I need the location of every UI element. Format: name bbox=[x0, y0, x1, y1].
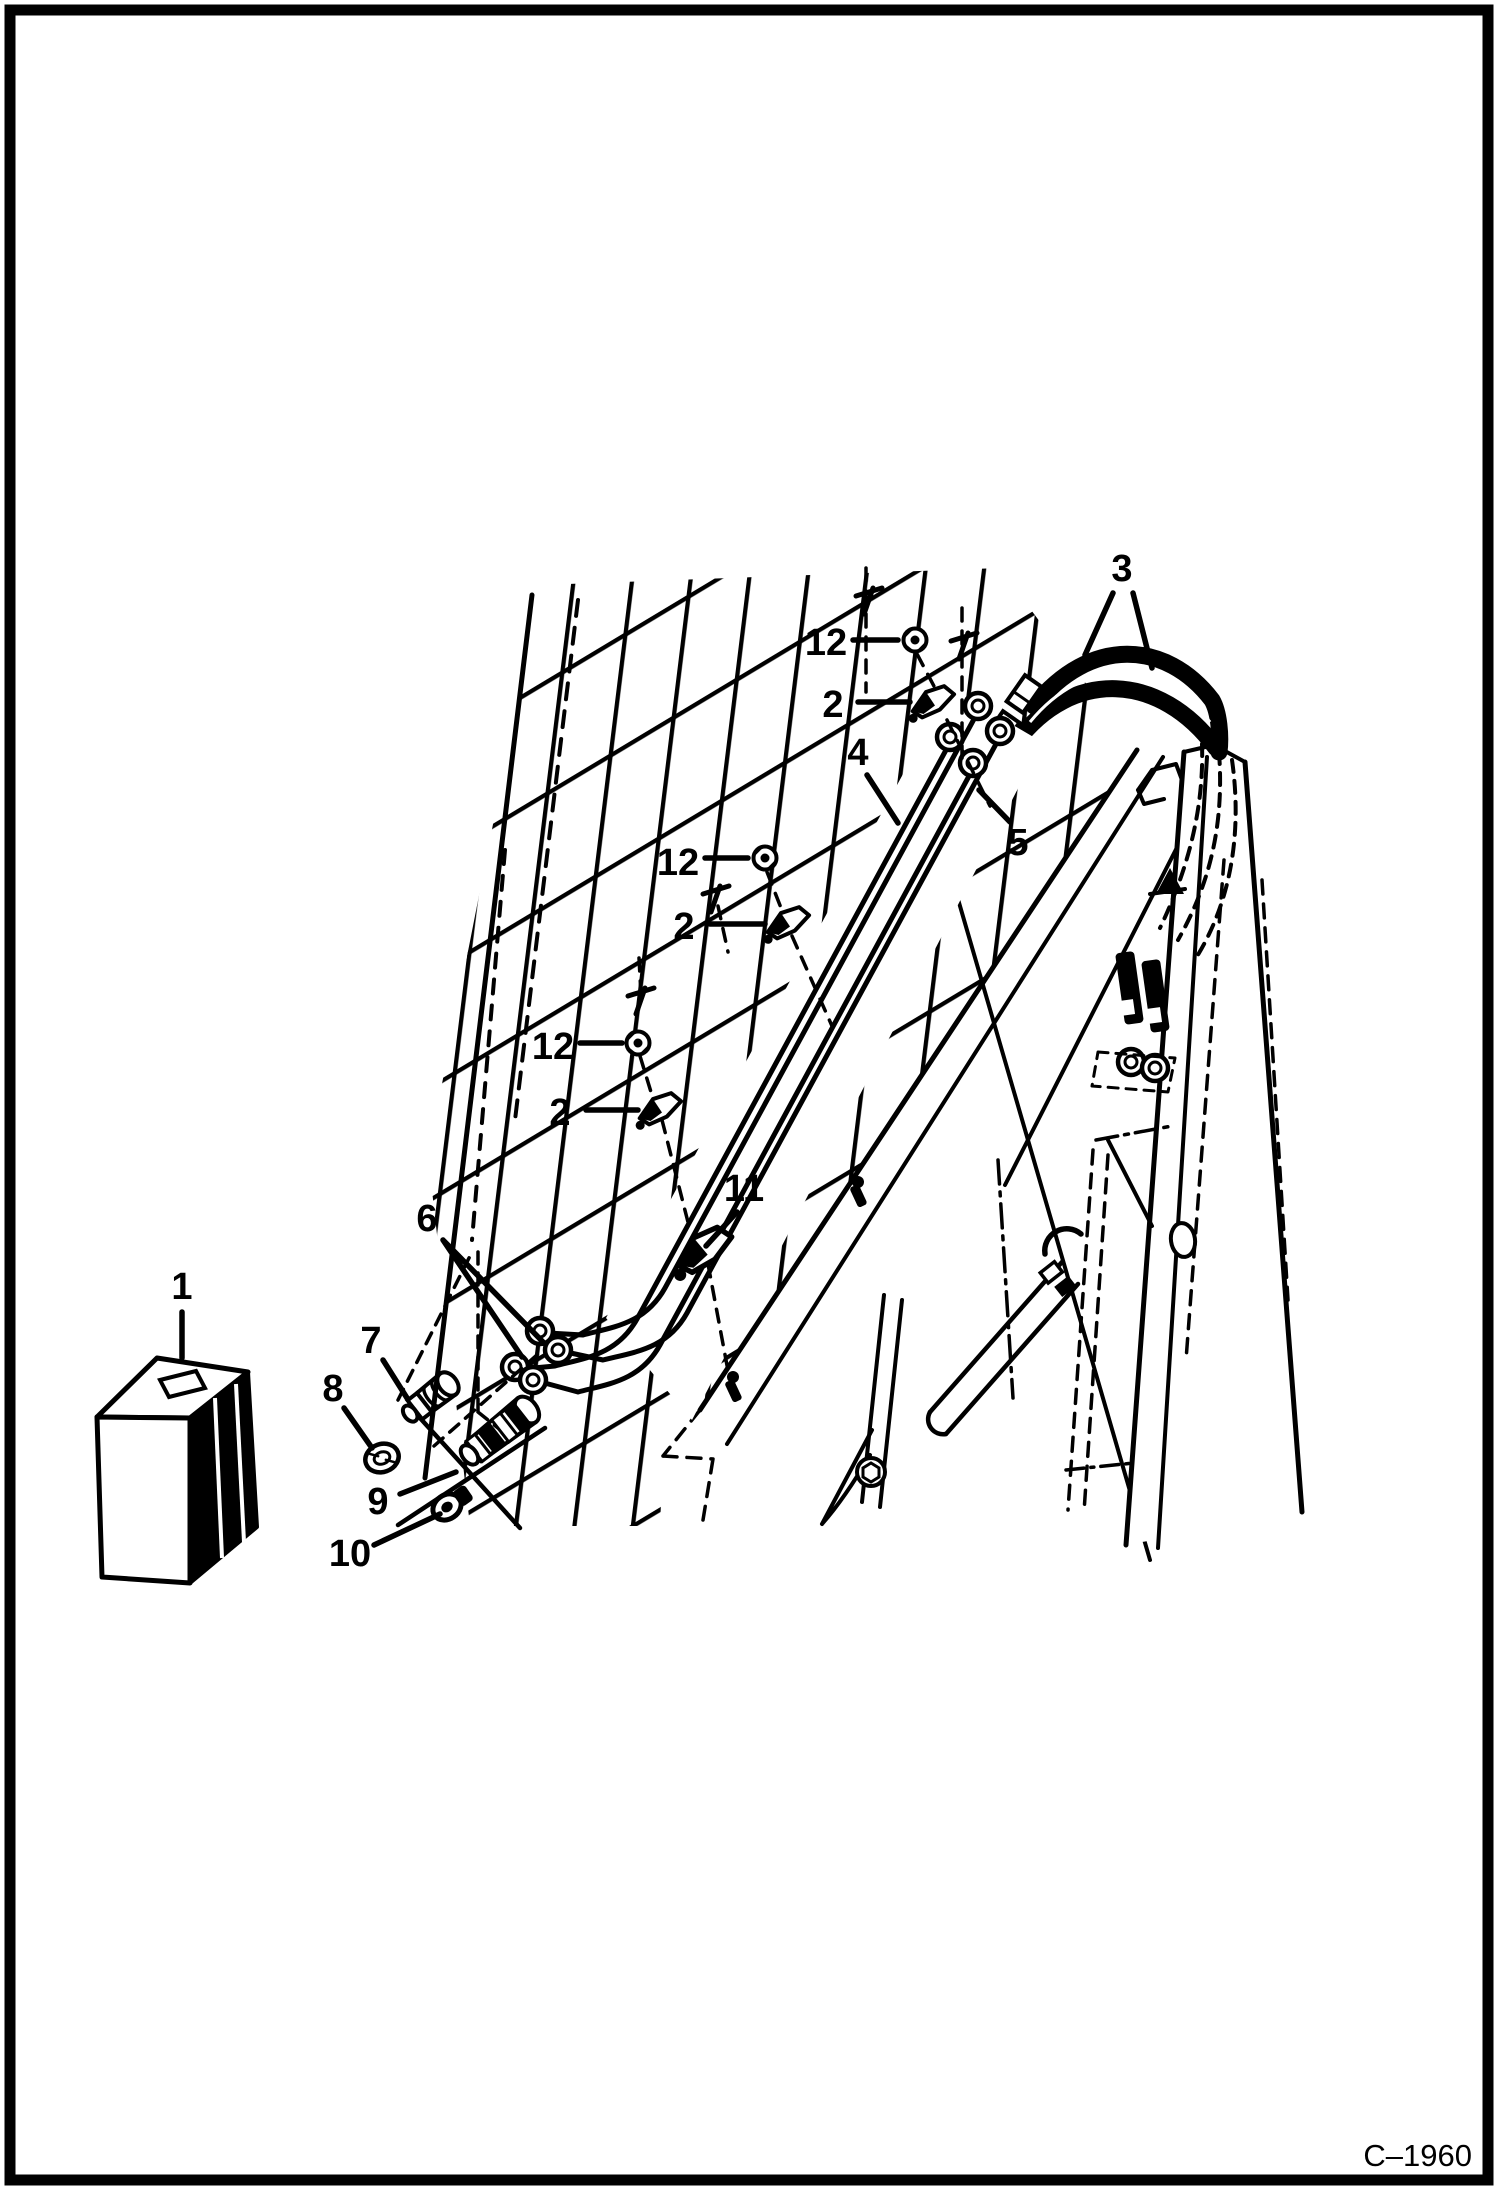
callout-11: 11 bbox=[724, 1168, 764, 1210]
callout-6: 6 bbox=[416, 1198, 437, 1240]
hex-bolt bbox=[857, 1458, 885, 1486]
drawing-code: C–1960 bbox=[1363, 2138, 1472, 2173]
nut-item-12 bbox=[904, 629, 927, 652]
callout-10: 10 bbox=[329, 1533, 371, 1575]
callout-2-middle: 2 bbox=[673, 906, 694, 948]
callout-8: 8 bbox=[322, 1368, 343, 1410]
callout-5: 5 bbox=[1007, 822, 1028, 864]
callout-12-middle: 12 bbox=[657, 842, 699, 884]
callout-7: 7 bbox=[360, 1320, 381, 1362]
kit-box bbox=[97, 1358, 257, 1583]
callout-12-top: 12 bbox=[805, 622, 847, 664]
diagram-page: 3 12 2 4 5 12 2 12 2 11 6 1 7 8 9 10 C–1… bbox=[0, 0, 1498, 2194]
parts-diagram: 3 12 2 4 5 12 2 12 2 11 6 1 7 8 9 10 C–1… bbox=[0, 0, 1498, 2194]
callout-3: 3 bbox=[1111, 548, 1132, 590]
callout-4: 4 bbox=[847, 732, 868, 774]
callout-2-top: 2 bbox=[822, 684, 843, 726]
nut-item-12 bbox=[627, 1032, 650, 1055]
callout-2-bottom: 2 bbox=[549, 1092, 570, 1134]
callout-1: 1 bbox=[171, 1266, 192, 1308]
callout-9: 9 bbox=[367, 1481, 388, 1523]
callout-12-bottom: 12 bbox=[532, 1026, 574, 1068]
nut-item-12 bbox=[754, 847, 777, 870]
